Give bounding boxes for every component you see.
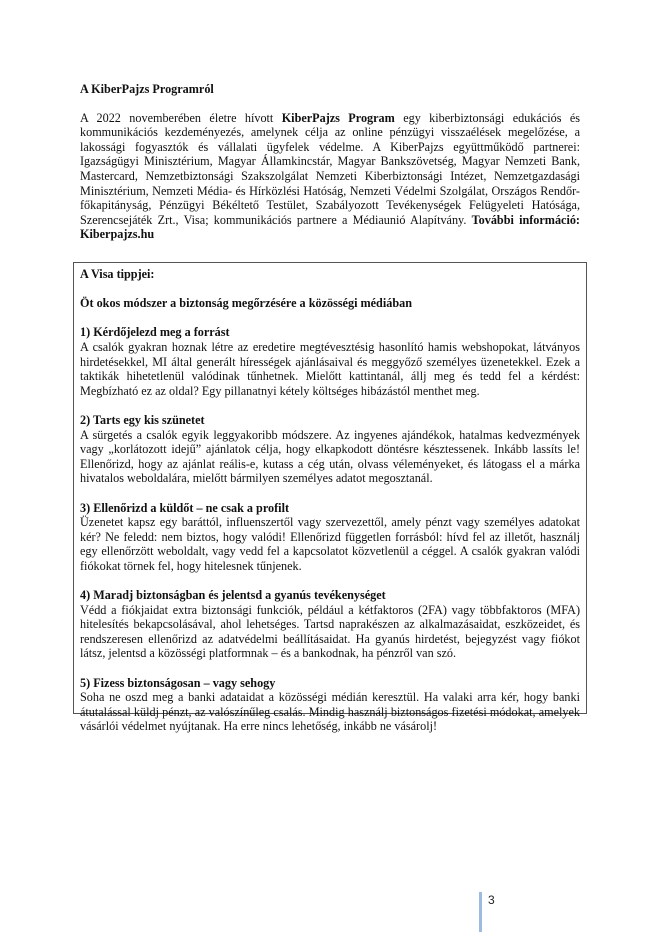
- footer-accent-bar: [479, 892, 482, 932]
- intro-text-start: A 2022 novemberében életre hívott: [80, 111, 282, 125]
- intro-paragraph: A 2022 novemberében életre hívott KiberP…: [80, 111, 580, 242]
- visa-tips-box: A Visa tippjei: Öt okos módszer a bizton…: [73, 262, 587, 714]
- tip-title: 4) Maradj biztonságban és jelentsd a gya…: [80, 588, 580, 603]
- page-number: 3: [488, 893, 495, 907]
- program-name: KiberPajzs Program: [282, 111, 395, 125]
- tip-title: 1) Kérdőjelezd meg a forrást: [80, 325, 580, 340]
- program-intro-section: A KiberPajzs Programról A 2022 novemberé…: [80, 82, 580, 242]
- intro-text-mid: egy kiberbiztonsági edukációs és kommuni…: [80, 111, 580, 227]
- tip-title: 5) Fizess biztonságosan – vagy sehogy: [80, 676, 580, 691]
- document-page: A KiberPajzs Programról A 2022 novemberé…: [0, 0, 660, 933]
- tips-subtitle: Öt okos módszer a biztonság megőrzésére …: [80, 296, 580, 311]
- tip-body: Üzenetet kapsz egy baráttól, influenszer…: [80, 515, 580, 573]
- tip-body: Soha ne oszd meg a banki adataidat a köz…: [80, 690, 580, 734]
- tip-body: Védd a fiókjaidat extra biztonsági funkc…: [80, 603, 580, 661]
- tip-title: 3) Ellenőrizd a küldőt – ne csak a profi…: [80, 501, 580, 516]
- intro-heading: A KiberPajzs Programról: [80, 82, 580, 97]
- tip-title: 2) Tarts egy kis szünetet: [80, 413, 580, 428]
- tip-body: A csalók gyakran hoznak létre az eredeti…: [80, 340, 580, 398]
- tips-header: A Visa tippjei:: [80, 267, 580, 282]
- tip-body: A sürgetés a csalók egyik leggyakoribb m…: [80, 428, 580, 486]
